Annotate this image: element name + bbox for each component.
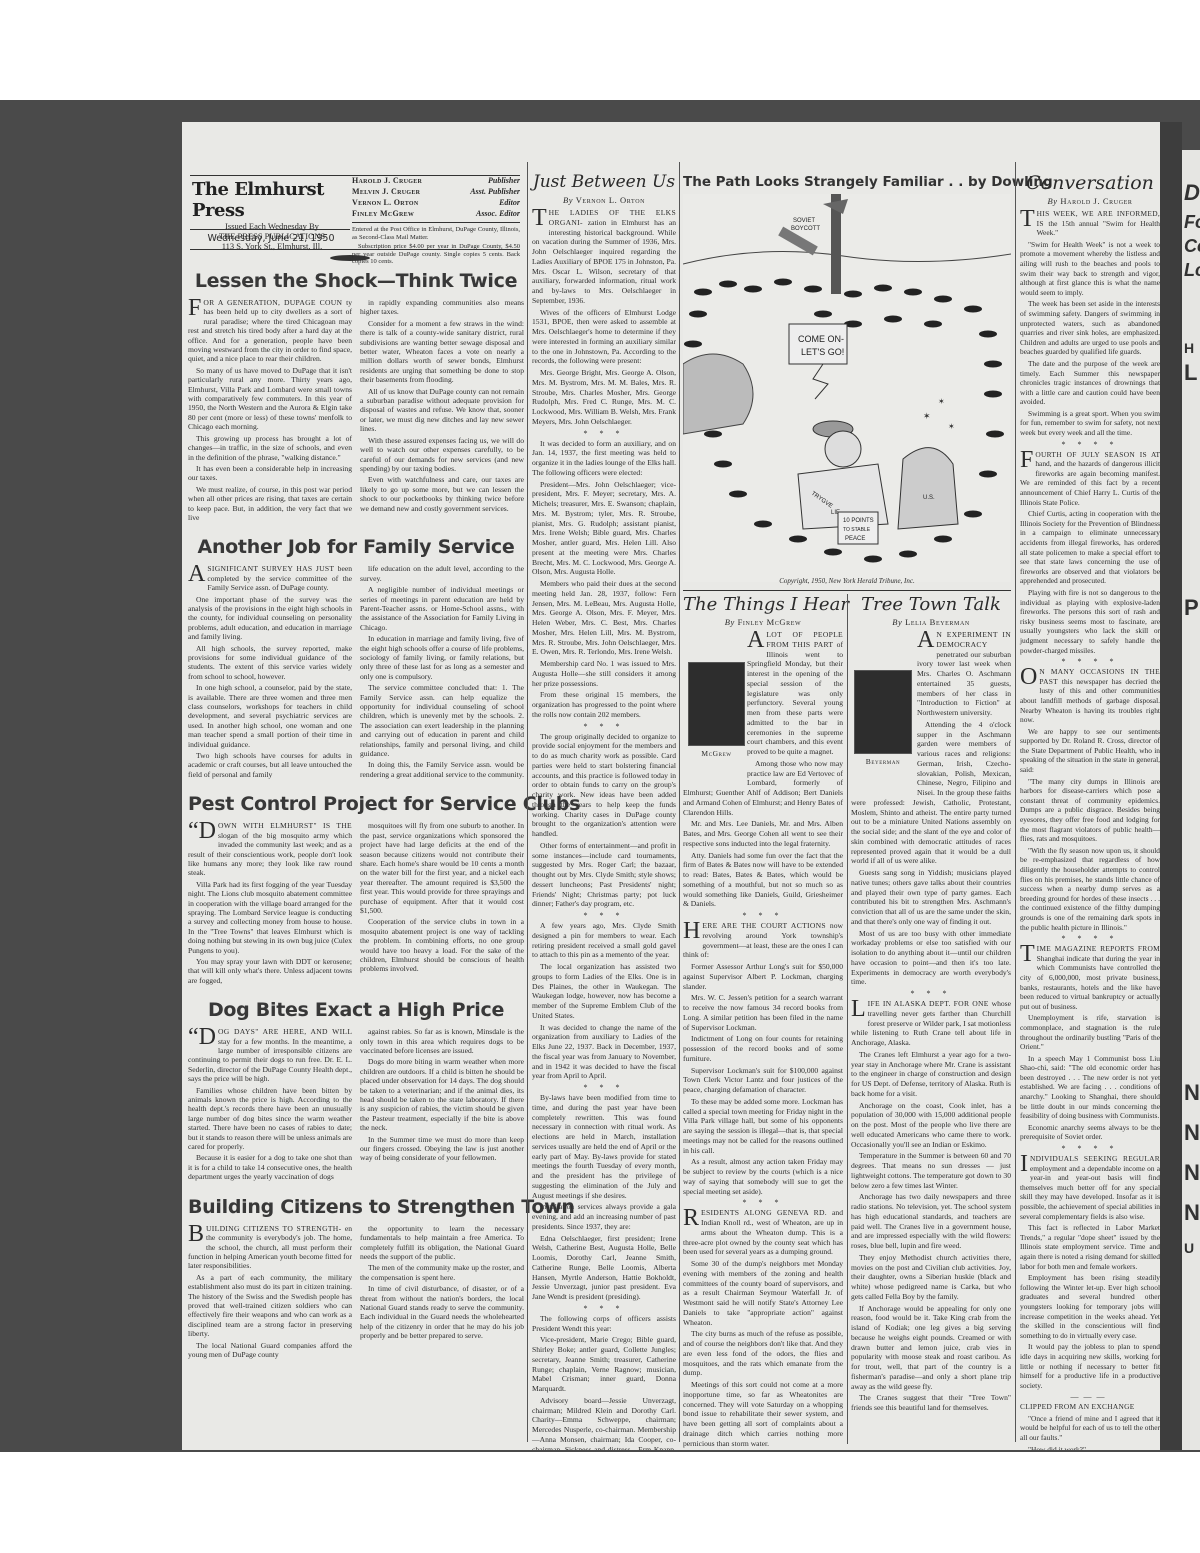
paragraph: It would pay the jobless to plan to spen… (1020, 1342, 1160, 1390)
paragraph: Advisory board—Jessie Unverzagt, chairma… (532, 1396, 676, 1450)
conversation-title: Conversation (1020, 172, 1160, 194)
drop-cap: F (1020, 450, 1033, 470)
section-separator: * * * (532, 429, 676, 439)
paragraph: All high schools, the survey reported, m… (188, 644, 352, 682)
editorial-text-column: FOR A GENERATION, DUPAGE COUN ty has bee… (188, 298, 352, 524)
column-divider (527, 162, 528, 1442)
lead-in: N EXPERIMENT IN DEMOCRACY (936, 630, 1011, 649)
section-separator: * * * (532, 911, 676, 921)
paragraph: The local National Guard companies affor… (188, 1341, 352, 1360)
editorial-text-column: “DOG DAYS" ARE HERE, AND WILL stay for a… (188, 1027, 352, 1184)
paragraph: The service committee concluded that: 1.… (360, 683, 524, 758)
paragraph: It has even been a considerable help in … (188, 464, 352, 483)
cartoon-illustration: SOVIET BOYCOTT COME ON- LET'S GO! (683, 194, 1011, 582)
drop-cap: O (1020, 667, 1037, 687)
paragraph: in rapidly expanding communities also me… (360, 298, 524, 317)
svg-text:✶: ✶ (923, 411, 931, 421)
paragraph: The group originally decided to organize… (532, 732, 676, 839)
paragraph: LIFE IN ALASKA DEPT. FOR ONE whose trave… (851, 999, 1011, 1048)
paragraph: We must realize, of course, in this post… (188, 485, 352, 523)
paragraph: Cooperation of the service clubs in town… (360, 917, 524, 973)
paragraph: The Cranes left Elmhurst a year ago for … (851, 1050, 1011, 1099)
things-i-hear-title: The Things I Hear (683, 594, 843, 615)
section-separator: * * * (683, 1198, 843, 1208)
paragraph: Anchorage has two daily newspapers and t… (851, 1192, 1011, 1251)
beyerman-photo-caption: Beyerman (854, 757, 912, 766)
svg-text:✶: ✶ (938, 397, 945, 406)
paragraph: Chief Curtis, acting in cooperation with… (1020, 509, 1160, 586)
paragraph: Mrs. George Bright, Mrs. George A. Olson… (532, 368, 676, 427)
paragraph: The local organization has assisted two … (532, 962, 676, 1021)
paragraph: If Anchorage would be appealing for only… (851, 1304, 1011, 1392)
paragraph: Supervisor Lockman's suit for $100,000 a… (683, 1066, 843, 1095)
paragraph: Villa Park had its first fogging of the … (188, 880, 352, 955)
paragraph: Most of us are too busy with other immed… (851, 929, 1011, 988)
editorial-text-column: BUILDING CITIZENS TO STRENGTH- en the co… (188, 1224, 352, 1362)
lead-in: NDIVIDUALS SEEKING REGULAR (1030, 1154, 1160, 1163)
svg-text:SOVIET: SOVIET (793, 218, 815, 224)
section-separator: * * * (683, 911, 843, 921)
editorial-cartoon: SOVIET BOYCOTT COME ON- LET'S GO! (683, 194, 1011, 582)
paragraph: “DOG DAYS" ARE HERE, AND WILL stay for a… (188, 1027, 352, 1083)
conversation-body: THIS WEEK, WE ARE INFORMED, IS the 15th … (1020, 209, 1160, 1450)
paragraph: Playing with fire is not so dangerous to… (1020, 588, 1160, 655)
paragraph: Temperature in the Summer is between 60 … (851, 1151, 1011, 1190)
lead-in: HIS WEEK, WE ARE INFORMED, IS (1037, 209, 1160, 228)
section-separator: ——— (1020, 1392, 1160, 1402)
byline: By Lelia Beyerman (851, 617, 1011, 627)
tree-town-talk-title: Tree Town Talk (851, 594, 1011, 615)
paragraph: "The many city dumps in Illinois are har… (1020, 777, 1160, 844)
paragraph: Other forms of entertainment—and profit … (532, 841, 676, 909)
editorial-text-column: against rabies. So far as is known, Mins… (360, 1027, 524, 1184)
cartoon-title: The Path Looks Strangely Familiar . . by… (683, 174, 1013, 190)
mcgrew-photo-caption: McGrew (688, 749, 745, 758)
paragraph: In education in marriage and family livi… (360, 634, 524, 681)
paragraph: To these may be added some more. Lockman… (683, 1097, 843, 1156)
editorial-article: Another Job for Family ServiceASIGNIFICA… (188, 536, 524, 781)
paragraph: One important phase of the survey was th… (188, 595, 352, 642)
section-separator: * * * * (1020, 440, 1160, 450)
just-between-us-column: Just Between Us By Vernon L. Orton THE L… (532, 172, 676, 1450)
lead-in: HE LADIES OF THE ELKS ORGANI- (549, 208, 676, 227)
paragraph: "With the fly season now upon us, it sho… (1020, 846, 1160, 932)
byline: By Harold J. Cruger (1020, 196, 1160, 206)
paragraph: As a result, almost any action taken Fri… (683, 1157, 843, 1196)
paragraph: Families whose children have been bitten… (188, 1086, 352, 1152)
paragraph: Even with watchfulness and care, our tax… (360, 475, 524, 513)
editorial-text-column: in rapidly expanding communities also me… (360, 298, 524, 524)
paragraph: By-laws have been modified from time to … (532, 1093, 676, 1200)
paragraph: The city burns as much of the refuse as … (683, 1329, 843, 1378)
paragraph: Employment has been rising steadily foll… (1020, 1273, 1160, 1340)
paragraph: FOURTH OF JULY SEASON IS AT hand, and th… (1020, 450, 1160, 508)
paragraph: “DOWN WITH ELMHURST" IS THE slogan of th… (188, 821, 352, 877)
paragraph: Some 30 of the dump's neighbors met Mond… (683, 1259, 843, 1327)
paragraph: A few years ago, Mrs. Clyde Smith design… (532, 921, 676, 960)
drop-cap: A (917, 630, 934, 650)
paragraph: RESIDENTS ALONG GENEVA RD. and Indian Kn… (683, 1208, 843, 1257)
staff-row: Melvin J. CrugerAsst. Publisher (352, 186, 520, 197)
drop-cap: B (188, 1224, 204, 1244)
paragraph: Membership card No. 1 was issued to Mrs.… (532, 659, 676, 688)
paragraph: Mrs. W. C. Jessen's petition for a searc… (683, 993, 843, 1032)
section-separator: * * * (532, 1304, 676, 1314)
just-between-us-body: THE LADIES OF THE ELKS ORGANI- zation in… (532, 208, 676, 1450)
paragraph: Two high schools have courses for adults… (188, 751, 352, 779)
drop-cap: F (188, 298, 201, 318)
paragraph: HERE ARE THE COURT ACTIONS now revolving… (683, 921, 843, 960)
paragraph: In a speech May 1 Communist boss Liu Sha… (1020, 1054, 1160, 1121)
section-separator: * * * (851, 989, 1011, 999)
lead-in: ERE ARE THE COURT ACTIONS (702, 921, 830, 930)
lead-in: OG DAYS" ARE HERE, AND WILL (218, 1027, 352, 1036)
byline: By Vernon L. Orton (532, 195, 676, 205)
paragraph: It was decided to change the name of the… (532, 1023, 676, 1082)
paragraph: The following corps of officers assists … (532, 1314, 676, 1334)
svg-text:10 POINTS: 10 POINTS (843, 518, 874, 524)
drop-cap: I (1020, 1154, 1028, 1174)
paragraph: So many of us have moved to DuPage that … (188, 366, 352, 432)
just-between-us-title: Just Between Us (532, 172, 676, 192)
drop-cap: R (683, 1208, 699, 1228)
paragraph: As a part of each community, the militar… (188, 1273, 352, 1339)
paragraph: life education on the adult level, accor… (360, 564, 524, 583)
paragraph: Because it is easier for a dog to take o… (188, 1153, 352, 1181)
drop-cap: T (1020, 209, 1035, 229)
drop-cap: H (683, 921, 700, 941)
paragraph: Former Assessor Arthur Long's suit for $… (683, 962, 843, 991)
section-separator: * * * * (1020, 1144, 1160, 1154)
editorial-article: Pest Control Project for Service Clubs“D… (188, 793, 524, 987)
paragraph: President—Mrs. John Oelschlaeger; vice-p… (532, 480, 676, 578)
adjacent-page-edge: D Fo Co Lo H L P N N N N U (1182, 150, 1200, 1450)
paragraph: BUILDING CITIZENS TO STRENGTH- en the co… (188, 1224, 352, 1271)
staff-row: Harold J. CrugerPublisher (352, 175, 520, 186)
cartoon-copyright: Copyright, 1950, New York Herald Tribune… (683, 577, 1011, 585)
paragraph: Members who paid their dues at the secon… (532, 579, 676, 657)
column-divider (847, 594, 848, 1444)
paragraph: This fact is reflected in Labor Market T… (1020, 1223, 1160, 1271)
svg-text:U.S.: U.S. (923, 495, 935, 501)
staff-row: Finley McGrewAssoc. Editor (352, 208, 520, 219)
paragraph: Vice-president, Marie Crego; Bible guard… (532, 1335, 676, 1394)
paragraph: With these assured expenses facing us, w… (360, 436, 524, 474)
beyerman-photo (854, 670, 912, 754)
page-gutter (1160, 122, 1182, 1450)
section-separator: * * * * (1020, 657, 1160, 667)
date-top-rule (190, 229, 350, 230)
editorial-text-column: mosquitoes will fly from one suburb to a… (360, 821, 524, 987)
paragraph: against rabies. So far as is known, Mins… (360, 1027, 524, 1055)
editorials-section: Lessen the Shock—Think TwiceFOR A GENERA… (188, 262, 524, 1361)
lead-in: SIGNIFICANT SURVEY HAS JUST (207, 564, 337, 573)
svg-text:TO STABLE: TO STABLE (843, 527, 871, 533)
editorial-article: Lessen the Shock—Think TwiceFOR A GENERA… (188, 270, 524, 524)
paragraph: We are happy to see our sentiments suppo… (1020, 727, 1160, 775)
paragraph: Wives of the officers of Elmhurst Lodge … (532, 308, 676, 367)
svg-text:LET'S GO!: LET'S GO! (801, 347, 844, 357)
paragraph: It was decided to form an auxiliary, and… (532, 439, 676, 478)
newspaper-page: The Elmhurst Press Issued Each Wednesday… (182, 122, 1160, 1450)
paragraph: You may spray your lawn with DDT or kero… (188, 957, 352, 985)
lead-in: IFE IN ALASKA DEPT. FOR ONE (868, 999, 992, 1008)
paragraph: This growing up process has brought a lo… (188, 434, 352, 462)
svg-text:COME ON-: COME ON- (798, 334, 844, 344)
editorial-headline: Dog Bites Exact a High Price (188, 999, 524, 1021)
lead-in: CLIPPED FROM AN EXCHANGE (1020, 1402, 1135, 1411)
editorial-article: Dog Bites Exact a High Price“DOG DAYS" A… (188, 999, 524, 1184)
paragraph: "How did it work?" (1020, 1445, 1160, 1450)
paragraph: They enjoy Methodist church activities t… (851, 1253, 1011, 1302)
svg-text:PEACE: PEACE (845, 536, 865, 542)
editorial-text-column: ASIGNIFICANT SURVEY HAS JUST been comple… (188, 564, 352, 781)
paragraph: "Swim for Health Week" is not a week to … (1020, 240, 1160, 298)
paragraph: INDIVIDUALS SEEKING REGULAR employment a… (1020, 1154, 1160, 1221)
paragraph: the opportunity to learn the necessary f… (360, 1224, 524, 1262)
paragraph: CLIPPED FROM AN EXCHANGE (1020, 1402, 1160, 1412)
column-divider (679, 162, 680, 1442)
lead-in: LOT OF PEOPLE FROM THIS PART (766, 630, 843, 649)
paragraph: ON MANY OCCASIONS IN THE PAST this newsp… (1020, 667, 1160, 725)
editorial-headline: Another Job for Family Service (188, 536, 524, 558)
paragraph: All of us know that DuPage county can no… (360, 387, 524, 434)
byline: By Finley McGrew (683, 617, 843, 627)
lead-in: OWN WITH ELMHURST" IS THE (218, 821, 352, 830)
paragraph: In time of civil disturbance, of disaste… (360, 1284, 524, 1340)
svg-text:✶: ✶ (948, 422, 955, 431)
staff-row: Vernon L. OrtonEditor (352, 197, 520, 208)
mcgrew-photo (688, 662, 745, 746)
paragraph: In one high school, a counselor, paid by… (188, 683, 352, 749)
paragraph: The week has been set aside in the inter… (1020, 299, 1160, 357)
lead-in: UILDING CITIZENS TO STRENGTH- (206, 1224, 345, 1233)
paragraph: The date and the purpose of the week are… (1020, 359, 1160, 407)
paragraph: A negligible number of individual meetin… (360, 585, 524, 632)
newspaper-name: The Elmhurst Press (192, 179, 352, 221)
drop-cap: T (1020, 944, 1035, 964)
paragraph: THE LADIES OF THE ELKS ORGANI- zation in… (532, 208, 676, 306)
paragraph: From these original 15 members, the orga… (532, 690, 676, 719)
editorial-headline: Lessen the Shock—Think Twice (188, 270, 524, 292)
drop-cap: A (188, 564, 205, 584)
editorial-headline: Pest Control Project for Service Clubs (188, 793, 524, 815)
paragraph: Guests sang song in Yiddish; musicians p… (851, 868, 1011, 927)
section-separator: * * * (532, 722, 676, 732)
paragraph: The men of the community make up the ros… (360, 1263, 524, 1282)
editorial-text-column: the opportunity to learn the necessary f… (360, 1224, 524, 1362)
paragraph: Atty. Daniels had some fun over the fact… (683, 851, 843, 910)
paragraph: Anchorage on the coast, Cook inlet, has … (851, 1101, 1011, 1150)
paragraph: Dogs do more biting in warm weather when… (360, 1057, 524, 1132)
postal-notice: Entered at the Post Office in Elmhurst, … (352, 222, 520, 241)
paragraph: mosquitoes will fly from one suburb to a… (360, 821, 524, 915)
lead-in: OURTH OF JULY SEASON IS AT (1035, 450, 1160, 459)
paragraph: "Once a friend of mine and I agreed that… (1020, 1414, 1160, 1443)
drop-cap: “D (188, 821, 216, 841)
lead-in: OR A GENERATION, DUPAGE COUN (203, 298, 346, 307)
paragraph: Mr. and Mrs. Lee Daniels, Mr. and Mrs. A… (683, 819, 843, 848)
lead-in: IME MAGAZINE REPORTS FROM (1037, 944, 1160, 953)
paragraph: Meetings of this sort could not come at … (683, 1380, 843, 1448)
section-separator: * * * * (1020, 934, 1160, 944)
column-divider (1015, 162, 1016, 1442)
paragraph: Economic anarchy seems always to be the … (1020, 1123, 1160, 1142)
paragraph: In the Summer time we must do more than … (360, 1135, 524, 1163)
editorial-text-column: life education on the adult level, accor… (360, 564, 524, 781)
paragraph: ASIGNIFICANT SURVEY HAS JUST been comple… (188, 564, 352, 592)
paragraph: Indictment of Long on four counts for re… (683, 1034, 843, 1063)
drop-cap: “D (188, 1027, 216, 1047)
drop-cap: L (851, 999, 866, 1019)
paragraph: Unemployment is rife, starvation is comm… (1020, 1013, 1160, 1051)
staff-box: Harold J. CrugerPublisher Melvin J. Crug… (352, 175, 520, 266)
paragraph: Swimming is a great sport. When you swim… (1020, 409, 1160, 438)
svg-text:BOYCOTT: BOYCOTT (791, 226, 820, 232)
editorial-text-column: “DOWN WITH ELMHURST" IS THE slogan of th… (188, 821, 352, 987)
paragraph: FOR A GENERATION, DUPAGE COUN ty has bee… (188, 298, 352, 364)
editorial-headline: Building Citizens to Strengthen Town (188, 1196, 524, 1218)
drop-cap: T (532, 208, 547, 228)
paragraph: Edna Oelschlaeger, first president; Iren… (532, 1234, 676, 1302)
paragraph: In doing this, the Family Service assn. … (360, 760, 524, 779)
issue-date: Wednesday, June 21, 1950 (192, 233, 350, 244)
lead-in: N MANY OCCASIONS IN THE PAST (1039, 667, 1160, 686)
conversation-column: Conversation By Harold J. Cruger THIS WE… (1020, 172, 1160, 1450)
paragraph: The Cranes suggest that their "Tree Town… (851, 1393, 1011, 1413)
paragraph: Consider for a moment a few straws in th… (360, 319, 524, 385)
section-separator: * * * (532, 1083, 676, 1093)
editorial-article: Building Citizens to Strengthen TownBUIL… (188, 1196, 524, 1362)
lead-in: ESIDENTS ALONG GENEVA RD. (701, 1208, 832, 1217)
paragraph: Installation services always provide a g… (532, 1202, 676, 1231)
paragraph: THIS WEEK, WE ARE INFORMED, IS the 15th … (1020, 209, 1160, 238)
cartoon-bottom-rule (683, 590, 1011, 591)
drop-cap: A (747, 630, 764, 650)
paragraph: TIME MAGAZINE REPORTS FROM Shanghai indi… (1020, 944, 1160, 1011)
